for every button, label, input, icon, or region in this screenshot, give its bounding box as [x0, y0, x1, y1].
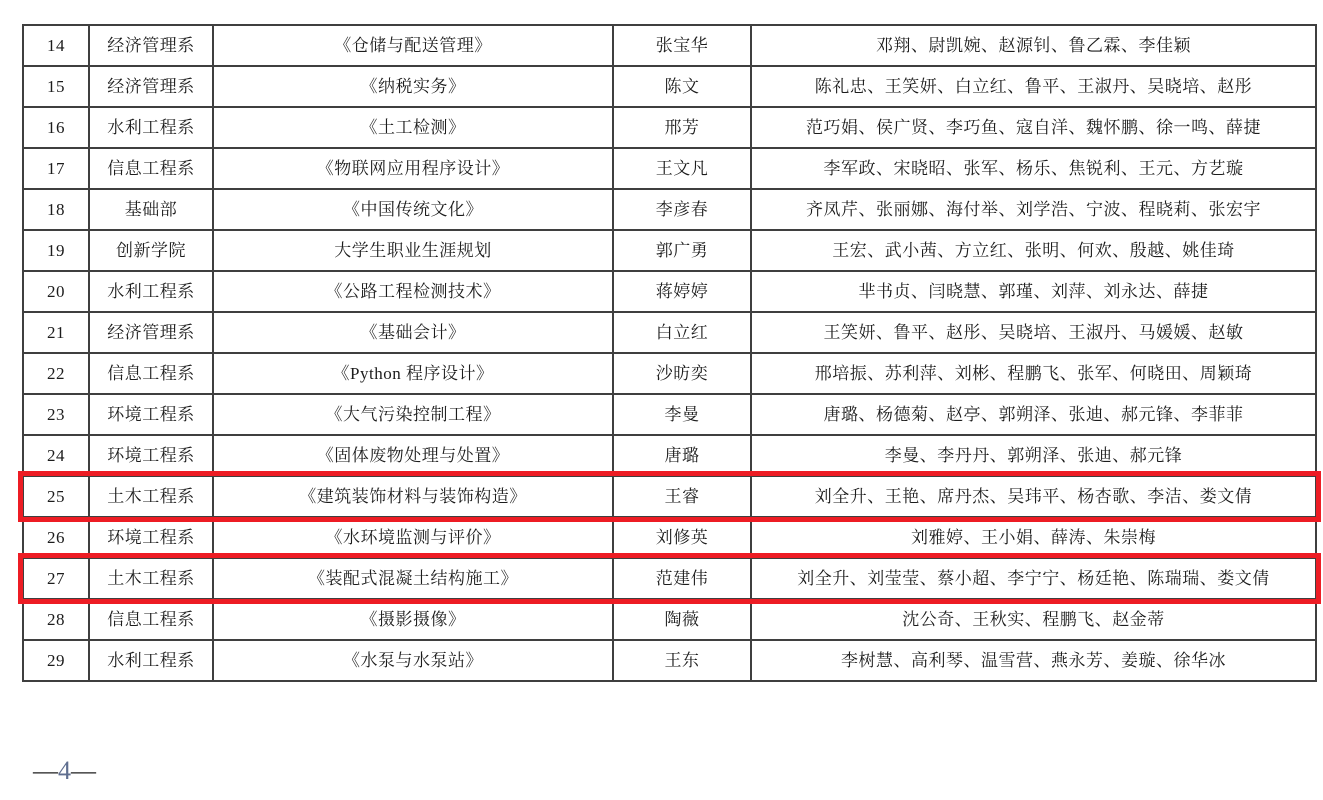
- course-team-table: 14 经济管理系 《仓储与配送管理》 张宝华 邓翔、尉凯婉、赵源钊、鲁乙霖、李佳…: [22, 24, 1317, 682]
- team-members-cell: 刘全升、刘莹莹、蔡小超、李宁宁、杨廷艳、陈瑞瑞、娄文倩: [751, 558, 1316, 599]
- department-cell: 基础部: [89, 189, 213, 230]
- course-title-cell: 《公路工程检测技术》: [213, 271, 613, 312]
- row-number-cell: 20: [23, 271, 89, 312]
- team-members-cell: 邢培振、苏利萍、刘彬、程鹏飞、张军、何晓田、周颖琦: [751, 353, 1316, 394]
- row-number-cell: 15: [23, 66, 89, 107]
- team-members-cell: 刘雅婷、王小娟、薛涛、朱崇梅: [751, 517, 1316, 558]
- table-row: 28 信息工程系 《摄影摄像》 陶薇 沈公奇、王秋实、程鹏飞、赵金蒂: [23, 599, 1316, 640]
- course-title-cell: 《建筑装饰材料与装饰构造》: [213, 476, 613, 517]
- team-leader-cell: 陶薇: [613, 599, 751, 640]
- course-title-cell: 《水泵与水泵站》: [213, 640, 613, 681]
- course-title-cell: 《基础会计》: [213, 312, 613, 353]
- table-row: 14 经济管理系 《仓储与配送管理》 张宝华 邓翔、尉凯婉、赵源钊、鲁乙霖、李佳…: [23, 25, 1316, 66]
- team-members-cell: 陈礼忠、王笑妍、白立红、鲁平、王淑丹、吴晓培、赵彤: [751, 66, 1316, 107]
- course-title-cell: 《固体废物处理与处置》: [213, 435, 613, 476]
- row-number-cell: 27: [23, 558, 89, 599]
- table-row: 20 水利工程系 《公路工程检测技术》 蒋婷婷 芈书贞、闫晓慧、郭瑾、刘萍、刘永…: [23, 271, 1316, 312]
- course-title-cell: 《摄影摄像》: [213, 599, 613, 640]
- department-cell: 经济管理系: [89, 25, 213, 66]
- department-cell: 土木工程系: [89, 558, 213, 599]
- row-number-cell: 14: [23, 25, 89, 66]
- table-row: 22 信息工程系 《Python 程序设计》 沙昉奕 邢培振、苏利萍、刘彬、程鹏…: [23, 353, 1316, 394]
- table-row: 25 土木工程系 《建筑装饰材料与装饰构造》 王睿 刘全升、王艳、席丹杰、吴玮平…: [23, 476, 1316, 517]
- course-title-cell: 《Python 程序设计》: [213, 353, 613, 394]
- table-row: 23 环境工程系 《大气污染控制工程》 李曼 唐璐、杨德菊、赵亭、郭朔泽、张迪、…: [23, 394, 1316, 435]
- footer-dash-left: —: [33, 758, 57, 785]
- team-members-cell: 唐璐、杨德菊、赵亭、郭朔泽、张迪、郝元锋、李菲菲: [751, 394, 1316, 435]
- footer-dash-right: —: [71, 758, 95, 785]
- row-number-cell: 21: [23, 312, 89, 353]
- department-cell: 环境工程系: [89, 394, 213, 435]
- department-cell: 信息工程系: [89, 353, 213, 394]
- row-number-cell: 18: [23, 189, 89, 230]
- table-row: 15 经济管理系 《纳税实务》 陈文 陈礼忠、王笑妍、白立红、鲁平、王淑丹、吴晓…: [23, 66, 1316, 107]
- team-leader-cell: 邢芳: [613, 107, 751, 148]
- row-number-cell: 29: [23, 640, 89, 681]
- row-number-cell: 22: [23, 353, 89, 394]
- department-cell: 水利工程系: [89, 640, 213, 681]
- department-cell: 信息工程系: [89, 599, 213, 640]
- team-members-cell: 李曼、李丹丹、郭朔泽、张迪、郝元锋: [751, 435, 1316, 476]
- table-row: 19 创新学院 大学生职业生涯规划 郭广勇 王宏、武小茜、方立红、张明、何欢、殷…: [23, 230, 1316, 271]
- team-members-cell: 齐凤芹、张丽娜、海付举、刘学浩、宁波、程晓莉、张宏宇: [751, 189, 1316, 230]
- team-members-cell: 李军政、宋晓昭、张军、杨乐、焦锐利、王元、方艺璇: [751, 148, 1316, 189]
- team-leader-cell: 李曼: [613, 394, 751, 435]
- row-number-cell: 28: [23, 599, 89, 640]
- row-number-cell: 24: [23, 435, 89, 476]
- department-cell: 环境工程系: [89, 435, 213, 476]
- department-cell: 创新学院: [89, 230, 213, 271]
- team-leader-cell: 白立红: [613, 312, 751, 353]
- team-leader-cell: 陈文: [613, 66, 751, 107]
- row-number-cell: 26: [23, 517, 89, 558]
- department-cell: 经济管理系: [89, 66, 213, 107]
- team-leader-cell: 蒋婷婷: [613, 271, 751, 312]
- department-cell: 信息工程系: [89, 148, 213, 189]
- department-cell: 水利工程系: [89, 107, 213, 148]
- team-leader-cell: 王东: [613, 640, 751, 681]
- course-title-cell: 《仓储与配送管理》: [213, 25, 613, 66]
- department-cell: 水利工程系: [89, 271, 213, 312]
- course-title-cell: 《装配式混凝土结构施工》: [213, 558, 613, 599]
- team-leader-cell: 张宝华: [613, 25, 751, 66]
- document-page: 14 经济管理系 《仓储与配送管理》 张宝华 邓翔、尉凯婉、赵源钊、鲁乙霖、李佳…: [0, 0, 1323, 800]
- course-title-cell: 《水环境监测与评价》: [213, 517, 613, 558]
- table-row: 21 经济管理系 《基础会计》 白立红 王笑妍、鲁平、赵彤、吴晓培、王淑丹、马媛…: [23, 312, 1316, 353]
- team-members-cell: 邓翔、尉凯婉、赵源钊、鲁乙霖、李佳颖: [751, 25, 1316, 66]
- table-row: 17 信息工程系 《物联网应用程序设计》 王文凡 李军政、宋晓昭、张军、杨乐、焦…: [23, 148, 1316, 189]
- team-leader-cell: 郭广勇: [613, 230, 751, 271]
- row-number-cell: 23: [23, 394, 89, 435]
- team-leader-cell: 王文凡: [613, 148, 751, 189]
- team-members-cell: 王笑妍、鲁平、赵彤、吴晓培、王淑丹、马媛媛、赵敏: [751, 312, 1316, 353]
- course-title-cell: 《土工检测》: [213, 107, 613, 148]
- row-number-cell: 17: [23, 148, 89, 189]
- course-title-cell: 《大气污染控制工程》: [213, 394, 613, 435]
- table-row: 29 水利工程系 《水泵与水泵站》 王东 李树慧、高利琴、温雪营、燕永芳、姜璇、…: [23, 640, 1316, 681]
- team-members-cell: 范巧娟、侯广贤、李巧鱼、寇自洋、魏怀鹏、徐一鸣、薛捷: [751, 107, 1316, 148]
- table-row: 26 环境工程系 《水环境监测与评价》 刘修英 刘雅婷、王小娟、薛涛、朱崇梅: [23, 517, 1316, 558]
- team-members-cell: 李树慧、高利琴、温雪营、燕永芳、姜璇、徐华冰: [751, 640, 1316, 681]
- table-row: 16 水利工程系 《土工检测》 邢芳 范巧娟、侯广贤、李巧鱼、寇自洋、魏怀鹏、徐…: [23, 107, 1316, 148]
- course-title-cell: 《纳税实务》: [213, 66, 613, 107]
- team-members-cell: 沈公奇、王秋实、程鹏飞、赵金蒂: [751, 599, 1316, 640]
- team-leader-cell: 王睿: [613, 476, 751, 517]
- course-title-cell: 《中国传统文化》: [213, 189, 613, 230]
- team-leader-cell: 沙昉奕: [613, 353, 751, 394]
- team-leader-cell: 刘修英: [613, 517, 751, 558]
- course-title-cell: 大学生职业生涯规划: [213, 230, 613, 271]
- team-leader-cell: 唐璐: [613, 435, 751, 476]
- table-row: 18 基础部 《中国传统文化》 李彦春 齐凤芹、张丽娜、海付举、刘学浩、宁波、程…: [23, 189, 1316, 230]
- department-cell: 环境工程系: [89, 517, 213, 558]
- department-cell: 经济管理系: [89, 312, 213, 353]
- department-cell: 土木工程系: [89, 476, 213, 517]
- team-members-cell: 刘全升、王艳、席丹杰、吴玮平、杨杏歌、李洁、娄文倩: [751, 476, 1316, 517]
- row-number-cell: 16: [23, 107, 89, 148]
- row-number-cell: 19: [23, 230, 89, 271]
- team-members-cell: 王宏、武小茜、方立红、张明、何欢、殷越、姚佳琦: [751, 230, 1316, 271]
- course-title-cell: 《物联网应用程序设计》: [213, 148, 613, 189]
- team-leader-cell: 范建伟: [613, 558, 751, 599]
- team-leader-cell: 李彦春: [613, 189, 751, 230]
- table-row: 27 土木工程系 《装配式混凝土结构施工》 范建伟 刘全升、刘莹莹、蔡小超、李宁…: [23, 558, 1316, 599]
- footer-page-number: 4: [57, 756, 71, 785]
- row-number-cell: 25: [23, 476, 89, 517]
- page-number-footer: —4—: [33, 758, 95, 784]
- team-members-cell: 芈书贞、闫晓慧、郭瑾、刘萍、刘永达、薛捷: [751, 271, 1316, 312]
- table-row: 24 环境工程系 《固体废物处理与处置》 唐璐 李曼、李丹丹、郭朔泽、张迪、郝元…: [23, 435, 1316, 476]
